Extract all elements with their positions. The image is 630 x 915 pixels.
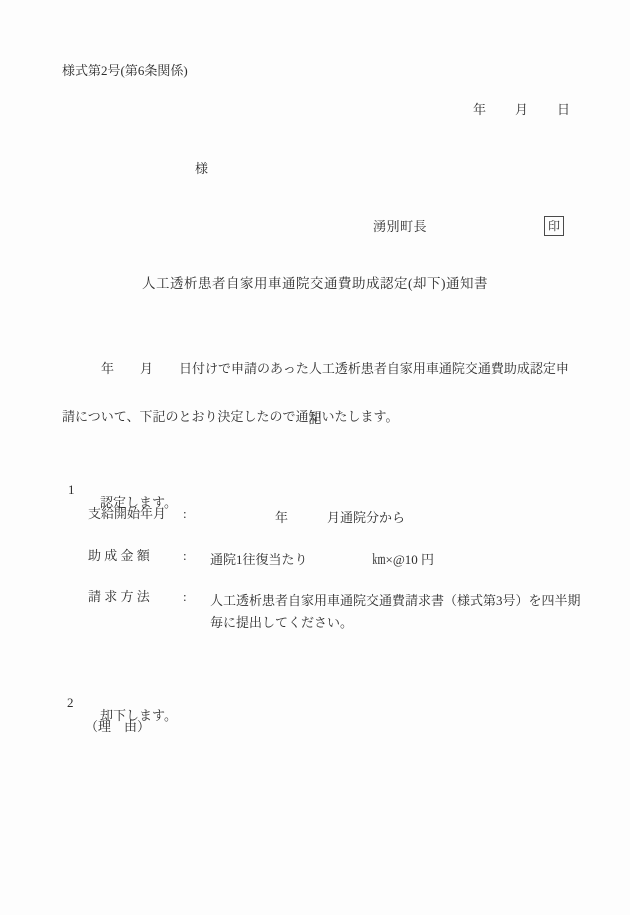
seal-placeholder-icon: 印 (544, 216, 564, 236)
document-title: 人工透析患者自家用車通院交通費助成認定(却下)通知書 (0, 277, 630, 291)
grant-row-label: 助 成 金 額 (88, 549, 150, 562)
addressee-honorific: 様 (195, 162, 208, 175)
issuer-title: 湧別町長 (373, 220, 427, 233)
grant-row-separator: : (183, 507, 187, 520)
notice-document-page: 様式第2号(第6条関係) 年 月 日 様 湧別町長 印 人工透析患者自家用車通院… (0, 0, 630, 915)
date-line: 年 月 日 (473, 103, 571, 116)
grant-row-label: 支給開始年月 (88, 507, 166, 520)
reject-reason-label: （理 由） (85, 720, 150, 733)
grant-row-value: 人工透析患者自家用車通院交通費請求書（様式第3号）を四半期毎に提出してください。 (210, 590, 586, 634)
grant-row-separator: : (183, 549, 187, 562)
form-number: 様式第2号(第6条関係) (62, 64, 188, 77)
record-marker: 記 (0, 412, 630, 425)
body-paragraph-line: 年 月 日付けで申請のあった人工透析患者自家用車通院交通費助成認定申 (62, 358, 574, 380)
grant-row-value: 通院1往復当たり ㎞×@10 円 (210, 549, 434, 571)
grant-row-separator: : (183, 590, 187, 603)
section-reject-number: 2 (67, 696, 74, 709)
grant-row-label: 請 求 方 法 (88, 590, 150, 603)
section-reject-heading-row: 2 却下します。 (0, 683, 630, 697)
grant-row-value: 年 月通院分から (210, 507, 405, 529)
section-approve-number: 1 (68, 483, 75, 496)
body-paragraph: 年 月 日付けで申請のあった人工透析患者自家用車通院交通費助成認定申 請について… (62, 332, 574, 454)
section-approve-heading-row: 1 認定します。 (0, 470, 630, 484)
